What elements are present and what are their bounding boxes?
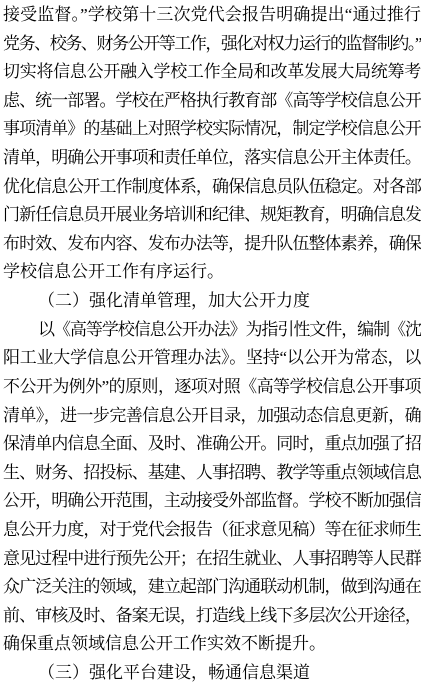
text-line: 生、财务、招投标、基建、人事招聘、教学等重点领域信息 [3, 459, 421, 488]
text-line-content: 布时效、发布内容、发布办法等，提升队伍整体素养，确保 [3, 230, 421, 259]
text-line: 意见过程中进行预先公开；在招生就业、人事招聘等人民群 [3, 545, 421, 574]
text-line-content: 保清单内信息全面、及时、准确公开。同时，重点加强了招 [3, 430, 421, 459]
text-line-content: 切实将信息公开融入学校工作全局和改革发展大局统筹考 [3, 58, 421, 87]
text-line-content: 虑、统一部署。学校在严格执行教育部《高等学校信息公开 [3, 87, 421, 116]
document-lines: 接受监督。”学校第十三次党代会报告明确提出“通过推行党务、校务、财务公开等工作，… [3, 1, 421, 688]
text-line: 切实将信息公开融入学校工作全局和改革发展大局统筹考 [3, 58, 421, 87]
document-page: 接受监督。”学校第十三次党代会报告明确提出“通过推行党务、校务、财务公开等工作，… [0, 0, 424, 688]
text-line: 虑、统一部署。学校在严格执行教育部《高等学校信息公开 [3, 87, 421, 116]
text-line-content: 阳工业大学信息公开管理办法》。坚持“以公开为常态，以 [3, 344, 421, 373]
text-line: 不公开为例外”的原则，逐项对照《高等学校信息公开事项 [3, 373, 421, 402]
text-line: 公开，明确公开范围，主动接受外部监督。学校不断加强信 [3, 487, 421, 516]
text-line-content: 前、审核及时、备案无误，打造线上线下多层次公开途径， [3, 602, 421, 631]
text-line-content: 清单》，进一步完善信息公开目录，加强动态信息更新，确 [3, 402, 421, 431]
text-line-content: 优化信息公开工作制度体系，确保信息员队伍稳定。对各部 [3, 173, 421, 202]
text-line: 息公开力度，对于党代会报告（征求意见稿）等在征求师生 [3, 516, 421, 545]
text-line: 阳工业大学信息公开管理办法》。坚持“以公开为常态，以 [3, 344, 421, 373]
text-line-content: 意见过程中进行预先公开；在招生就业、人事招聘等人民群 [3, 545, 421, 574]
text-line: 事项清单》的基础上对照学校实际情况，制定学校信息公开 [3, 115, 421, 144]
text-line-content: 生、财务、招投标、基建、人事招聘、教学等重点领域信息 [3, 459, 421, 488]
text-line-content: （三）强化平台建设，畅通信息渠道 [38, 659, 310, 688]
text-line: 保清单内信息全面、及时、准确公开。同时，重点加强了招 [3, 430, 421, 459]
text-line-content: 众广泛关注的领域，建立起部门沟通联动机制，做到沟通在 [3, 573, 421, 602]
text-line-content: 不公开为例外”的原则，逐项对照《高等学校信息公开事项 [3, 373, 421, 402]
text-line: 以《高等学校信息公开办法》为指引性文件，编制《沈 [3, 316, 421, 345]
text-line: 布时效、发布内容、发布办法等，提升队伍整体素养，确保 [3, 230, 421, 259]
text-line: 门新任信息员开展业务培训和纪律、规矩教育，明确信息发 [3, 201, 421, 230]
text-line-content: 事项清单》的基础上对照学校实际情况，制定学校信息公开 [3, 115, 421, 144]
text-line: 前、审核及时、备案无误，打造线上线下多层次公开途径， [3, 602, 421, 631]
text-line-content: 清单，明确公开事项和责任单位，落实信息公开主体责任。 [3, 144, 421, 173]
text-line: 众广泛关注的领域，建立起部门沟通联动机制，做到沟通在 [3, 573, 421, 602]
text-line-content: （二）强化清单管理，加大公开力度 [38, 287, 310, 316]
text-line: 确保重点领域信息公开工作实效不断提升。 [3, 630, 421, 659]
text-line-content: 确保重点领域信息公开工作实效不断提升。 [3, 630, 326, 659]
text-line: 清单》，进一步完善信息公开目录，加强动态信息更新，确 [3, 402, 421, 431]
text-line-content: 以《高等学校信息公开办法》为指引性文件，编制《沈 [38, 316, 421, 345]
text-line: 清单，明确公开事项和责任单位，落实信息公开主体责任。 [3, 144, 421, 173]
text-line-content: 党务、校务、财务公开等工作，强化对权力运行的监督制约。” [3, 30, 421, 59]
text-line-content: 门新任信息员开展业务培训和纪律、规矩教育，明确信息发 [3, 201, 421, 230]
text-line-content: 息公开力度，对于党代会报告（征求意见稿）等在征求师生 [3, 516, 421, 545]
text-line-content: 公开，明确公开范围，主动接受外部监督。学校不断加强信 [3, 487, 421, 516]
text-line: 优化信息公开工作制度体系，确保信息员队伍稳定。对各部 [3, 173, 421, 202]
text-line: （二）强化清单管理，加大公开力度 [3, 287, 421, 316]
text-line: 党务、校务、财务公开等工作，强化对权力运行的监督制约。” [3, 30, 421, 59]
text-line: （三）强化平台建设，畅通信息渠道 [3, 659, 421, 688]
text-line-content: 学校信息公开工作有序运行。 [3, 258, 224, 287]
text-line: 学校信息公开工作有序运行。 [3, 258, 421, 287]
text-line-content: 接受监督。”学校第十三次党代会报告明确提出“通过推行 [3, 1, 421, 30]
text-line: 接受监督。”学校第十三次党代会报告明确提出“通过推行 [3, 1, 421, 30]
